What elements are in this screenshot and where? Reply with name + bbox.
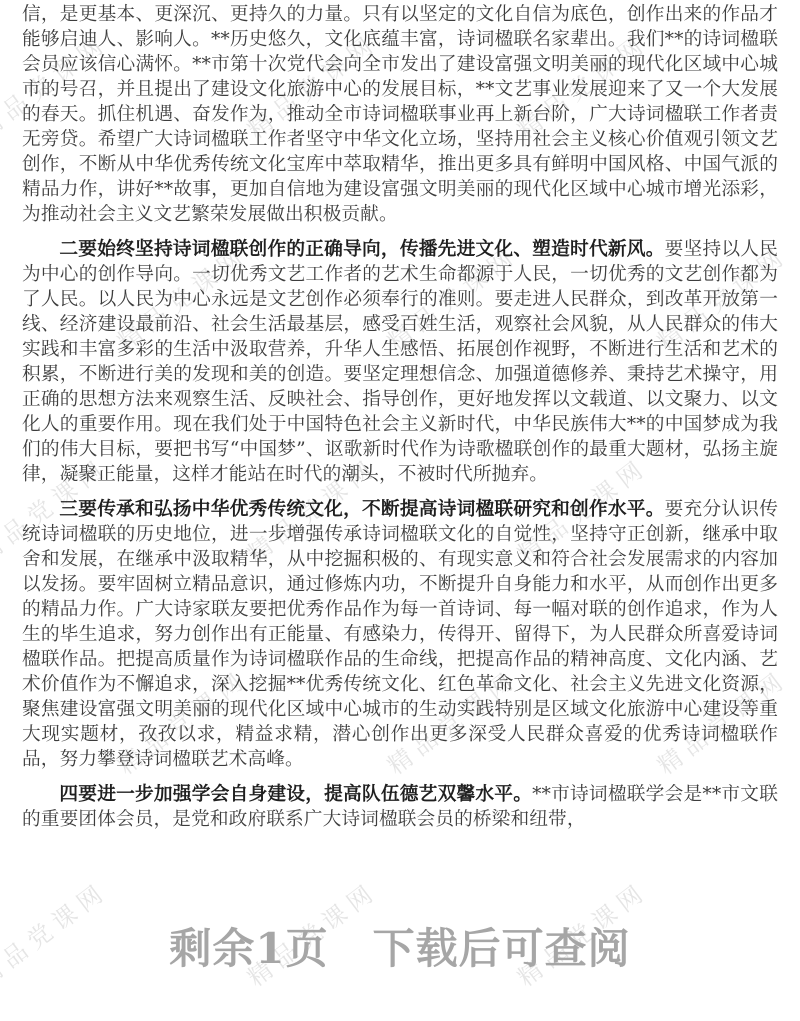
paragraph-text: 要充分认识传统诗词楹联的历史地位，进一步增强传承诗词楹联文化的自觉性，坚持守正创… [22,499,778,770]
paragraph-text: 要坚持以人民为中心的创作导向。一切优秀文艺工作者的艺术生命都源于人民，一切优秀的… [22,239,778,485]
download-hint-text: 下载后可查阅 [373,924,631,973]
remaining-pages-text: 剩余1页 [169,924,328,973]
paragraph-text: 信，是更基本、更深沉、更持久的力量。只有以坚定的文化自信为底色，创作出来的作品才… [22,4,778,225]
paragraph: 三要传承和弘扬中华优秀传统文化，不断提高诗词楹联研究和创作水平。要充分认识传统诗… [22,497,778,772]
paragraph-lead: 三要传承和弘扬中华优秀传统文化，不断提高诗词楹联研究和创作水平。 [59,498,664,520]
paragraph-lead: 二要始终坚持诗词楹联创作的正确导向，传播先进文化、塑造时代新风。 [59,238,664,260]
remaining-pages-banner: 剩余1页下载后可查阅 [0,916,800,976]
document-body: 信，是更基本、更深沉、更持久的力量。只有以坚定的文化自信为底色，创作出来的作品才… [0,0,800,832]
paragraph: 四要进一步加强学会自身建设，提高队伍德艺双馨水平。**市诗词楹联学会是**市文联… [22,782,778,832]
paragraph: 信，是更基本、更深沉、更持久的力量。只有以坚定的文化自信为底色，创作出来的作品才… [22,2,778,227]
paragraph-lead: 四要进一步加强学会自身建设，提高队伍德艺双馨水平。 [59,783,532,805]
paragraph: 二要始终坚持诗词楹联创作的正确导向，传播先进文化、塑造时代新风。要坚持以人民为中… [22,237,778,487]
